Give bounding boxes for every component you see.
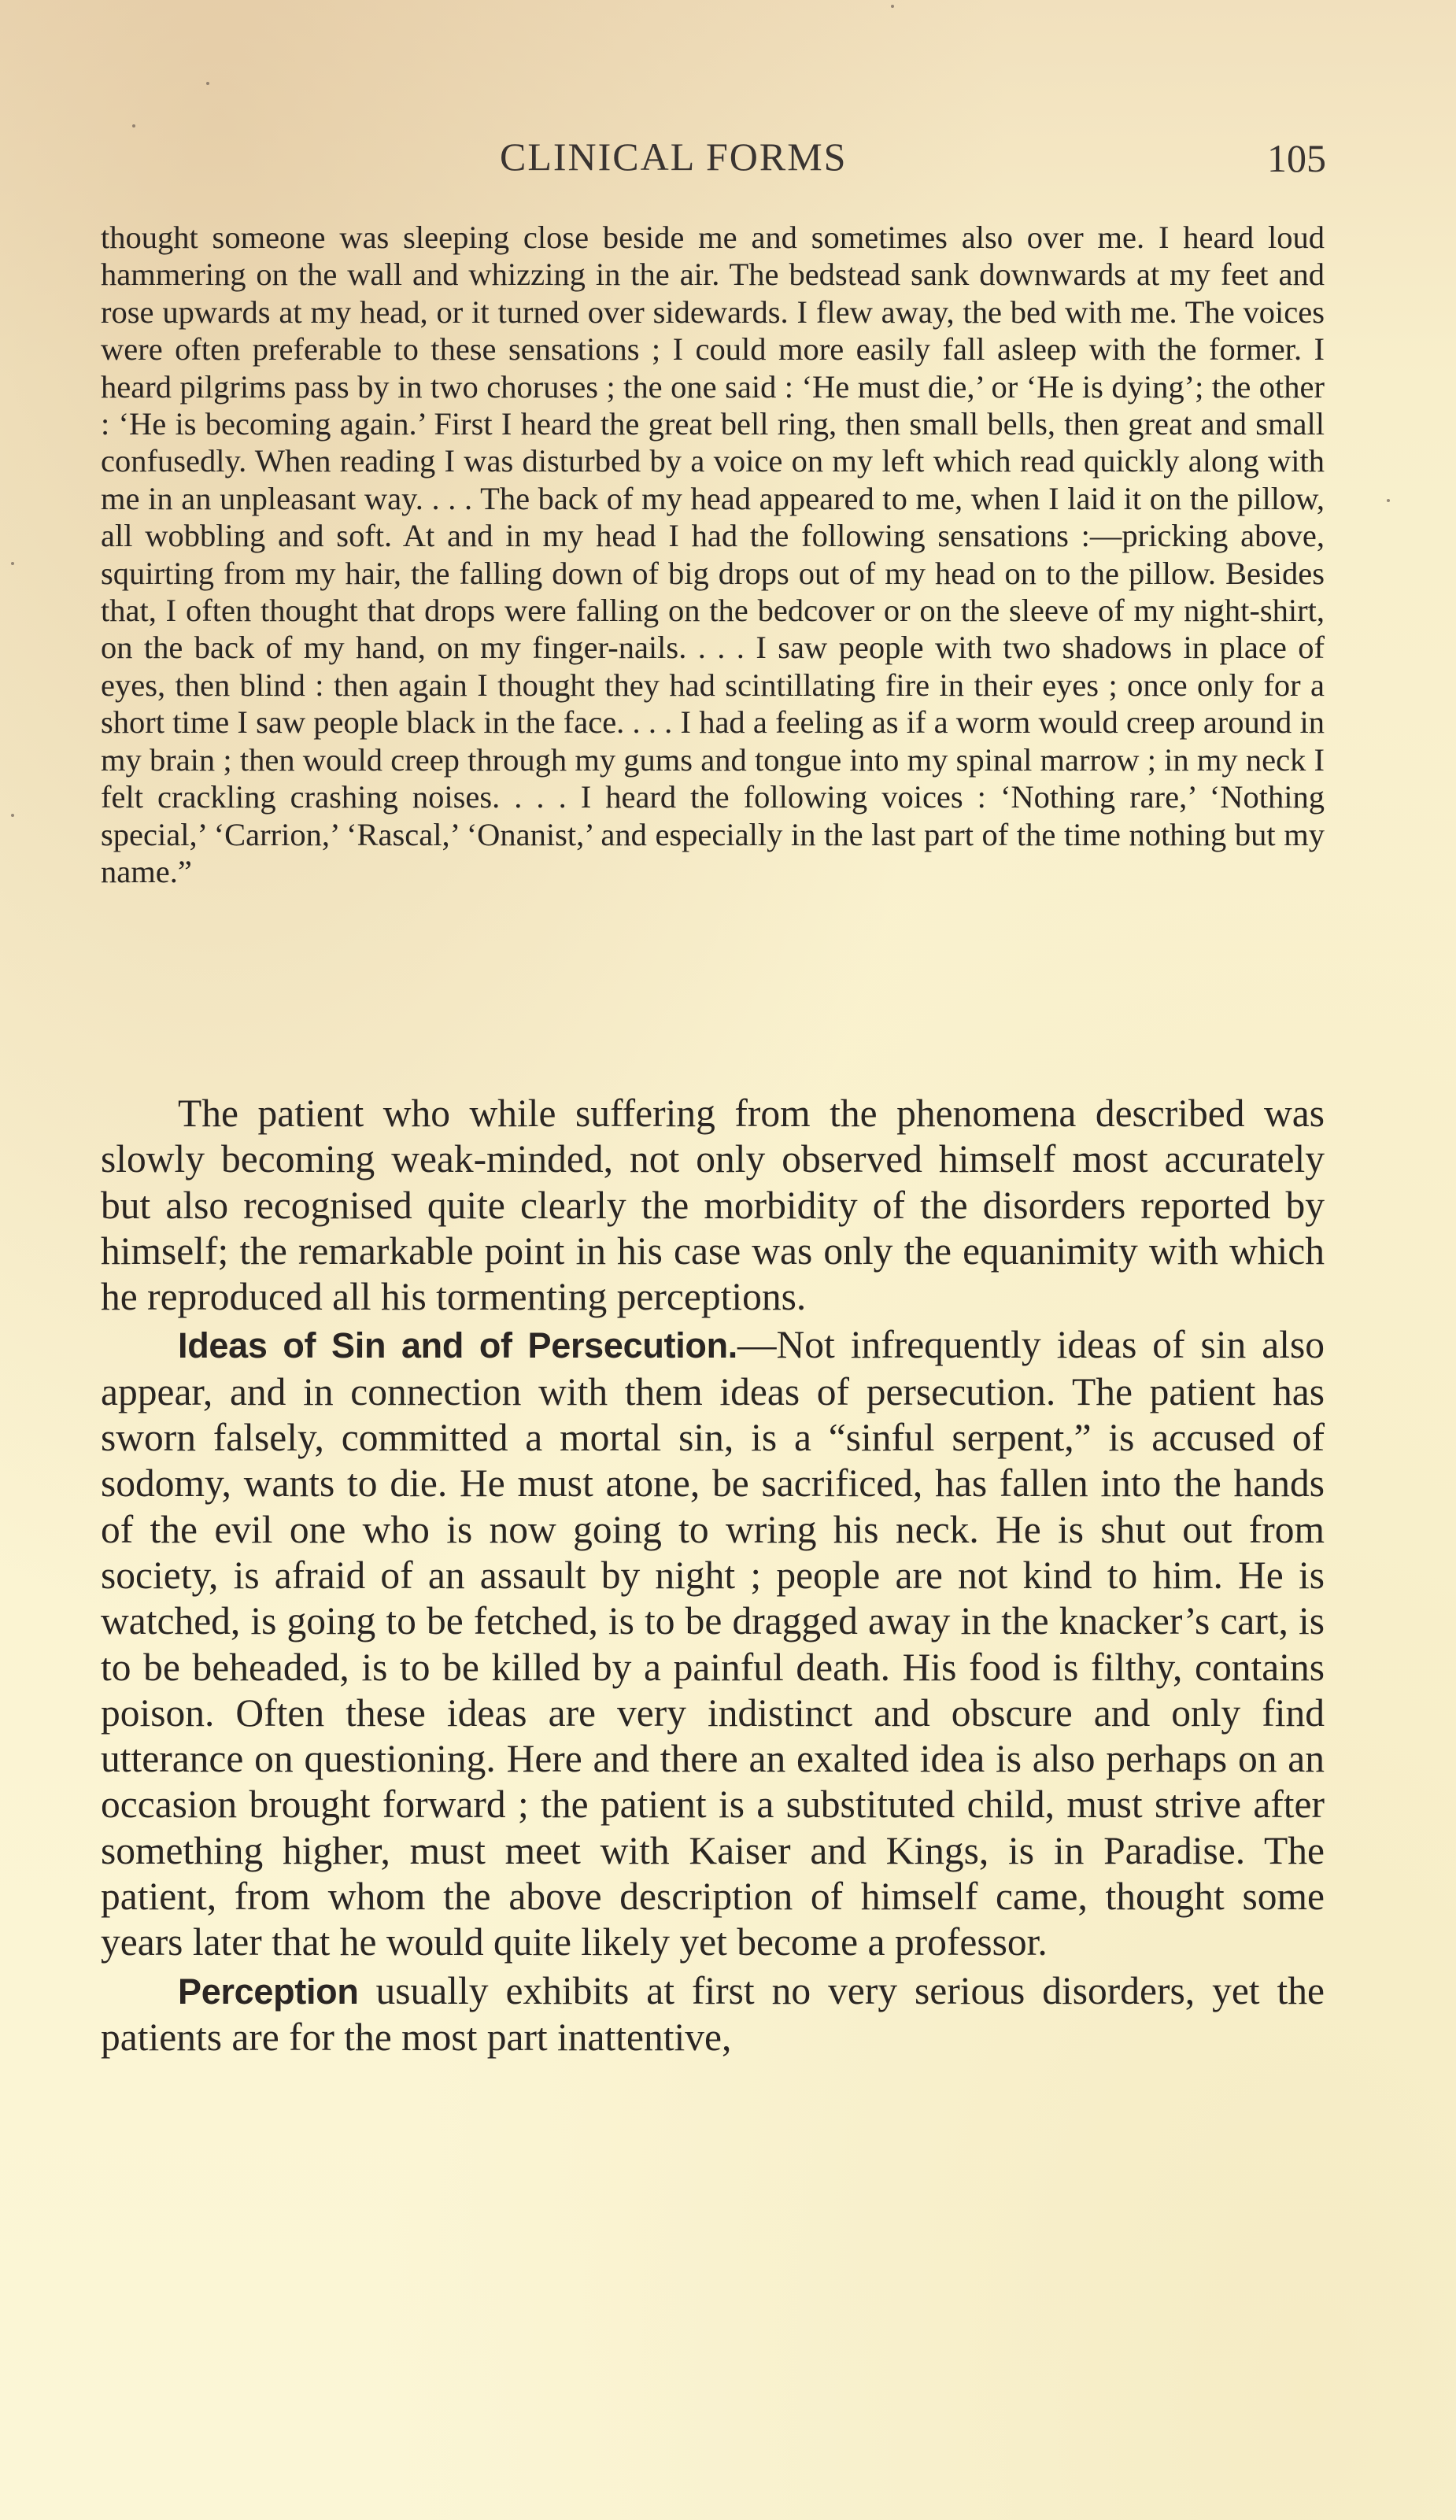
body-text: The patient who while suffering from the…: [101, 1091, 1325, 2060]
paper-speck: [891, 5, 894, 8]
paragraph-ideas-of-sin: Ideas of Sin and of Persecution.—Not inf…: [101, 1322, 1325, 1965]
quote-paragraph: thought someone was sleeping close besid…: [101, 219, 1325, 890]
quoted-patient-account: thought someone was sleeping close besid…: [101, 219, 1325, 890]
paper-speck: [132, 124, 135, 127]
paragraph-perception: Perception usually exhibits at first no …: [101, 1968, 1325, 2061]
paper-speck: [11, 814, 14, 817]
paper-speck: [1387, 499, 1390, 502]
paper-speck: [11, 562, 14, 565]
paragraph-text: —Not infrequently ideas of sin also appe…: [101, 1323, 1325, 1964]
running-title: CLINICAL FORMS: [500, 134, 847, 179]
paper-speck: [206, 82, 209, 85]
page-number: 105: [1267, 135, 1326, 181]
paragraph-patient-observation: The patient who while suffering from the…: [101, 1091, 1325, 1320]
book-page: CLINICAL FORMS 105 thought someone was s…: [0, 0, 1456, 2520]
running-head: CLINICAL FORMS 105: [102, 134, 1326, 189]
section-heading-ideas-of-sin: Ideas of Sin and of Persecution.: [178, 1325, 737, 1365]
section-heading-perception: Perception: [178, 1971, 359, 2012]
